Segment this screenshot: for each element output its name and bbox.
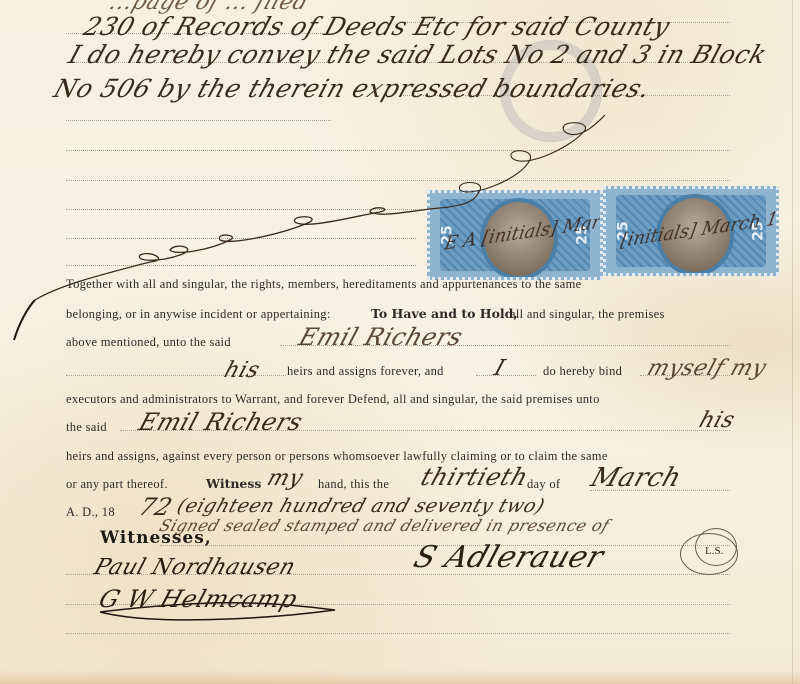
to-have-and-to-hold-heading: To Have and to Hold, [371,306,518,321]
filled-his-2: his [696,408,738,433]
form-line-2a: belonging, or in anywise incident or app… [66,307,331,322]
witness-heading: Witness [206,476,261,491]
filled-bind-whom: myself my [644,356,770,381]
handwritten-line-1: 230 of Records of Deeds Etc for said Cou… [80,12,674,41]
filled-grantee-2: Emil Richers [135,408,306,436]
ruled-line [66,238,416,239]
form-line-3: above mentioned, unto the said [66,335,231,350]
page-bottom-stain [0,670,800,684]
attestation-clause: Signed sealed stamped and delivered in p… [157,516,612,535]
page-edge-fold [792,0,793,684]
form-line-5: executors and administrators to Warrant,… [66,392,600,407]
filled-his-1: his [221,358,263,383]
form-line-9: A. D., 18 [66,505,115,520]
grantor-signature: S Adlerauer [409,540,608,575]
form-line-2b: all and singular, the premises [510,307,665,322]
filled-grantee: Emil Richers [295,323,466,351]
ruled-line [66,180,730,181]
revenue-stamp-1: 25 25 E A [initials] March [427,190,603,280]
form-line-8a: or any part thereof. [66,477,168,492]
witnesses-heading: Witnesses, [100,528,212,548]
form-line-7: heirs and assigns, against every person … [66,449,608,464]
witness-signature-1: Paul Nordhausen [91,555,299,580]
revenue-stamp-2: 25 25 [initials] March 1872 [603,186,779,276]
deed-page: ...page of ... filed 230 of Records of D… [0,0,800,684]
filled-day: thirtieth [417,463,531,491]
form-line-1: Together with all and singular, the righ… [66,277,581,292]
form-line-4a: heirs and assigns forever, and [287,364,444,379]
filled-witness-my: my [264,466,306,491]
witness-signature-2: G W Helmcamp [95,585,301,613]
form-line-4b: do hereby bind [543,364,622,379]
filled-year-words: (eighteen hundred and seventy two) [174,495,547,517]
ruled-line [66,150,730,151]
handwritten-line-2: I do hereby convey the said Lots No 2 an… [65,40,770,69]
ruled-line [476,375,536,376]
ls-seal-label: L.S. [705,545,723,557]
filled-month: March [587,463,685,493]
ruled-line [66,633,730,634]
filled-grantor-i: I [491,356,508,381]
form-line-8c: day of [527,477,560,492]
ruled-line [66,120,331,121]
form-line-8b: hand, this the [318,477,389,492]
form-line-6: the said [66,420,107,435]
ruled-line [66,265,416,266]
handwritten-line-3: No 506 by the therein expressed boundari… [50,74,654,103]
